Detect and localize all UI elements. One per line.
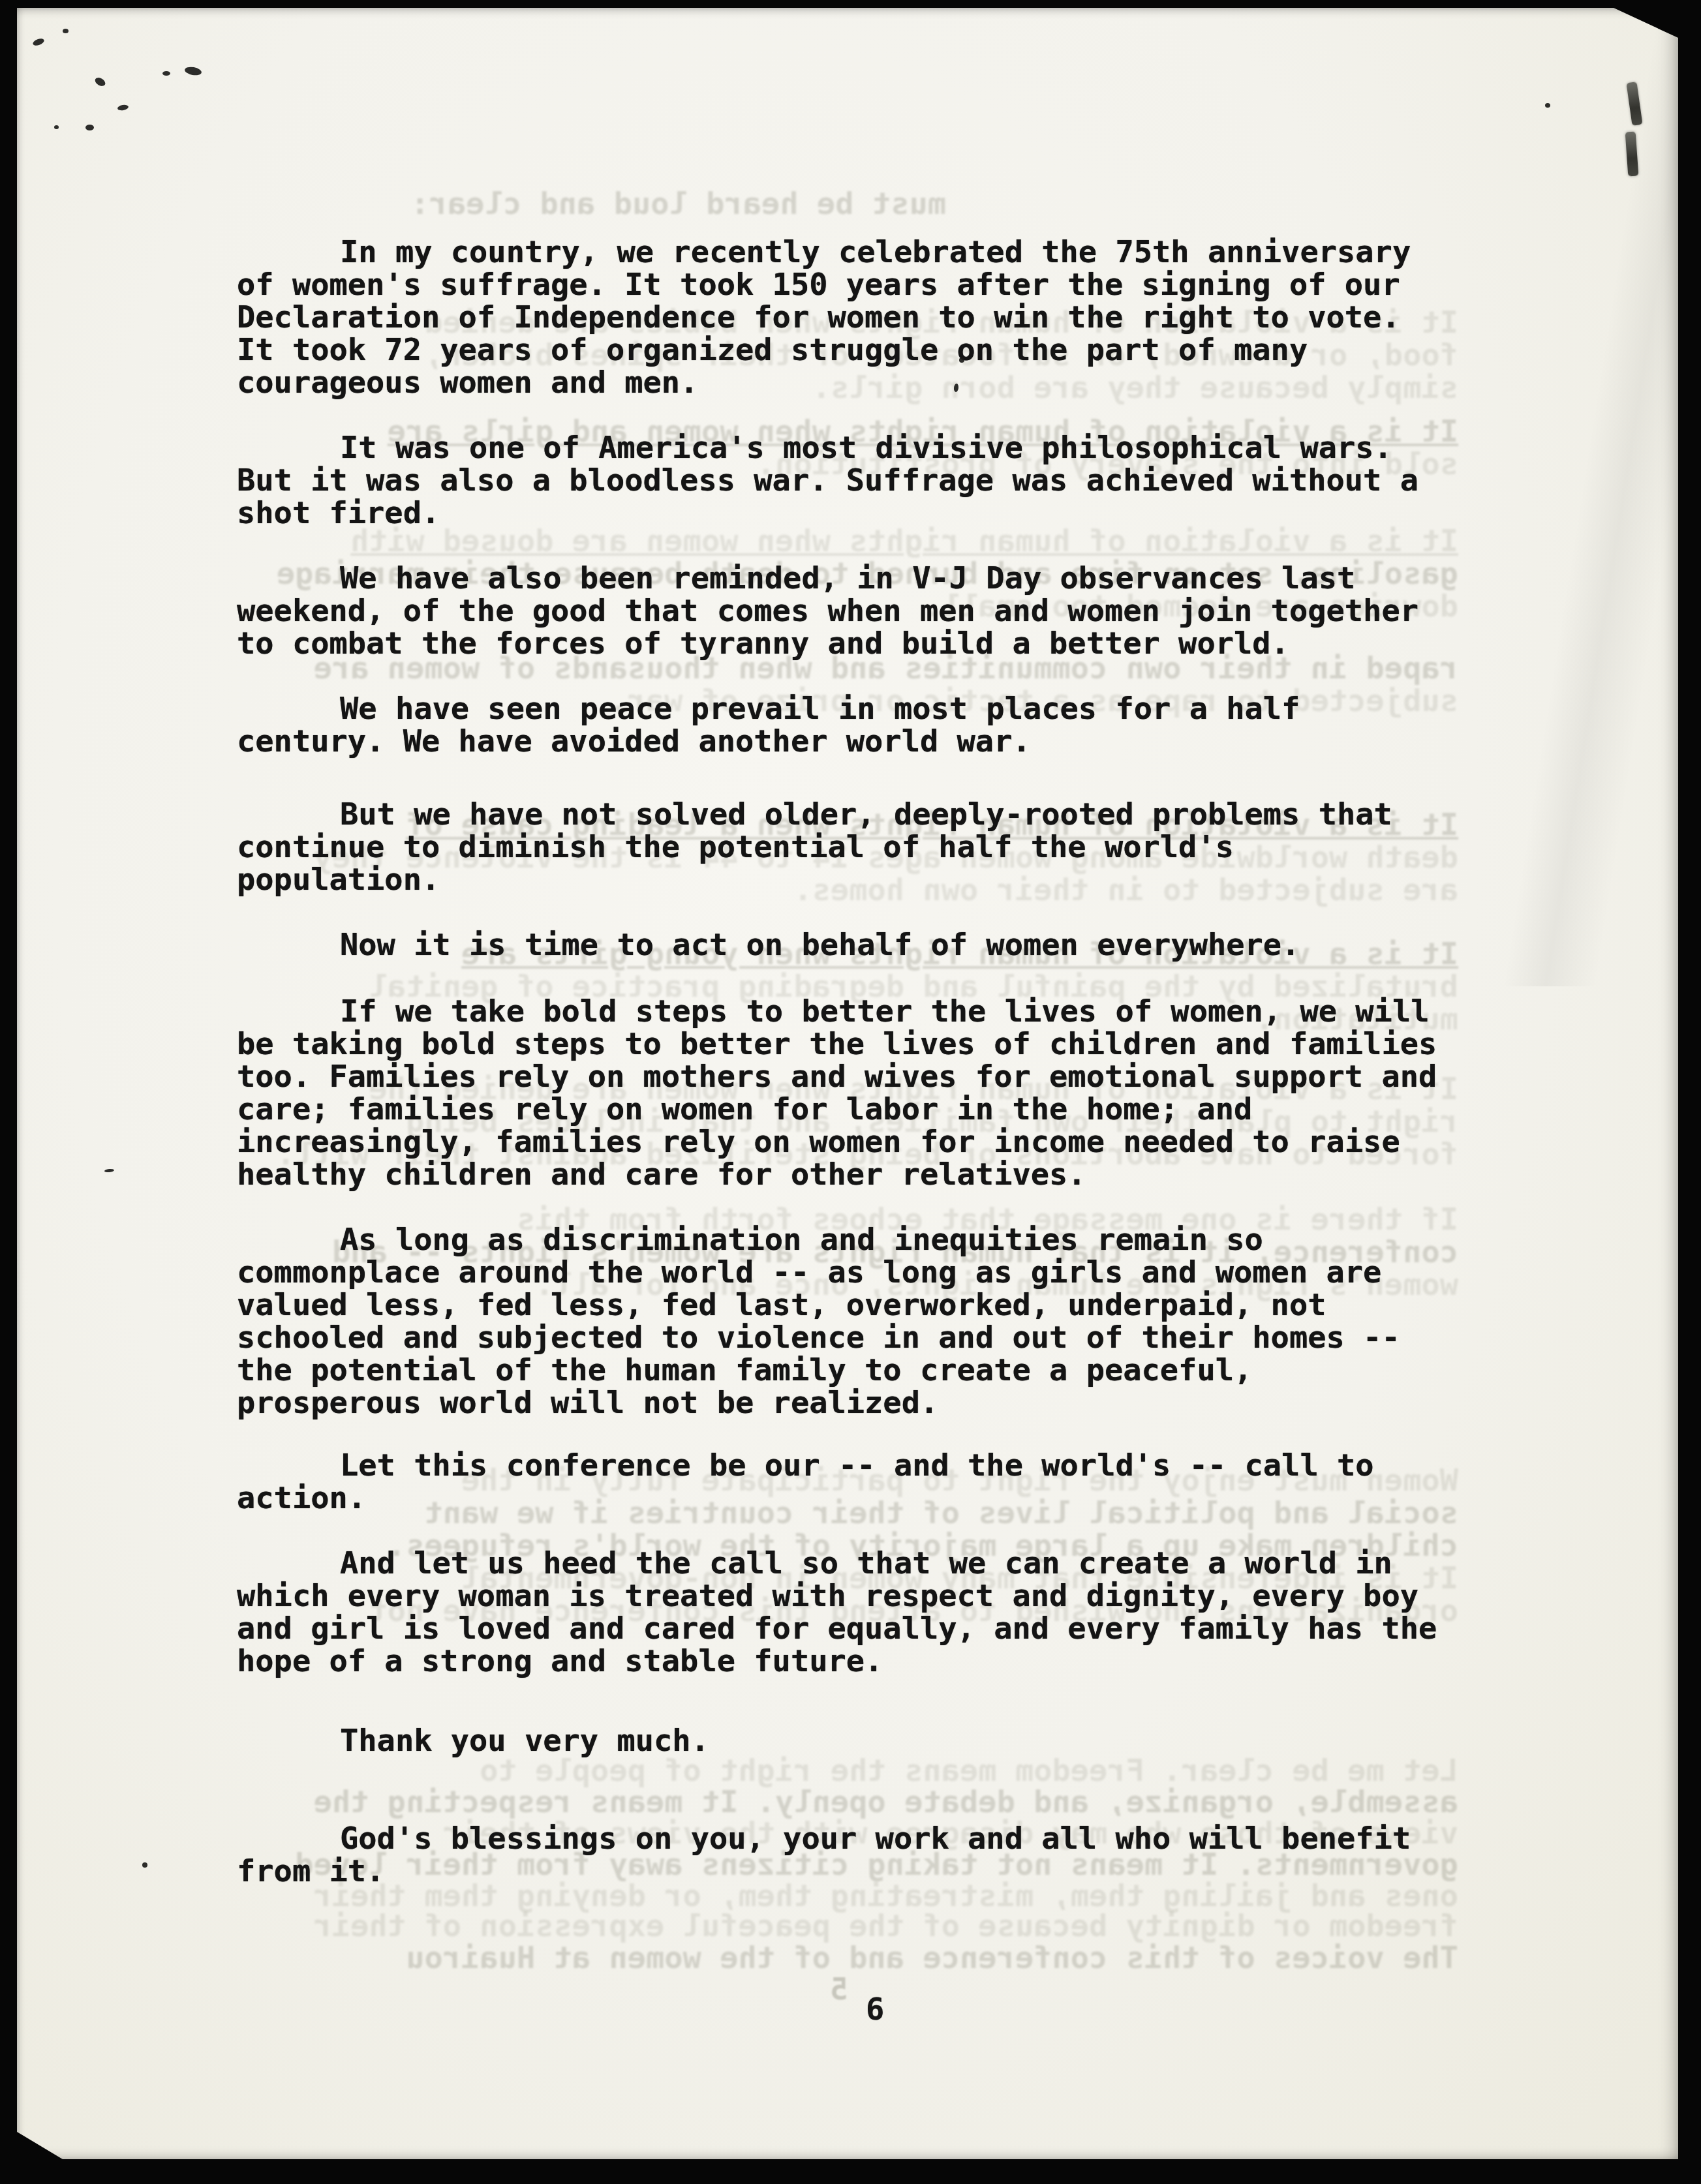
text-line: prosperous world will not be realized. [237, 1387, 1509, 1419]
paragraph: We have also been reminded, in V-J Day o… [237, 562, 1509, 660]
text-line: century. We have avoided another world w… [237, 725, 1509, 758]
text-line: of women's suffrage. It took 150 years a… [237, 269, 1509, 301]
paragraph: But we have not solved older, deeply-roo… [237, 798, 1509, 896]
text-line: weekend, of the good that comes when men… [237, 595, 1509, 628]
paragraph: And let us heed the call so that we can … [237, 1547, 1509, 1678]
paragraph: God's blessings on you, your work and al… [237, 1823, 1509, 1888]
ink-speck [162, 71, 170, 76]
text-line: which every woman is treated with respec… [237, 1580, 1509, 1613]
text-line: If we take bold steps to better the live… [237, 995, 1509, 1028]
text-line: the potential of the human family to cre… [237, 1354, 1509, 1387]
paragraph: In my country, we recently celebrated th… [237, 236, 1509, 399]
text-line: It took 72 years of organized struggle o… [237, 334, 1509, 367]
text-line: But we have not solved older, deeply-roo… [237, 798, 1509, 831]
paragraph: Now it is time to act on behalf of women… [237, 929, 1509, 962]
text-line: Now it is time to act on behalf of women… [237, 929, 1509, 962]
text-line: from it. [237, 1855, 1509, 1888]
text-line: shot fired. [237, 497, 1509, 530]
text-line: As long as discrimination and inequities… [237, 1224, 1509, 1256]
text-line: In my country, we recently celebrated th… [237, 236, 1509, 269]
text-line: schooled and subjected to violence in an… [237, 1322, 1509, 1354]
page-number: 6 [866, 1994, 884, 2026]
text-line: continue to diminish the potential of ha… [237, 831, 1509, 864]
text-line: God's blessings on you, your work and al… [237, 1823, 1509, 1855]
text-line: hope of a strong and stable future. [237, 1645, 1509, 1678]
ink-speck [54, 125, 59, 129]
ink-speck [63, 29, 69, 33]
text-line: Let this conference be our -- and the wo… [237, 1449, 1509, 1482]
text-line: increasingly, families rely on women for… [237, 1126, 1509, 1159]
ink-speck [1545, 103, 1550, 108]
text-line: healthy children and care for other rela… [237, 1159, 1509, 1191]
ink-speck [85, 125, 94, 130]
paragraph: As long as discrimination and inequities… [237, 1224, 1509, 1419]
text-line: action. [237, 1482, 1509, 1515]
text-line: valued less, fed less, fed last, overwor… [237, 1289, 1509, 1322]
speech-body: In my country, we recently celebrated th… [237, 236, 1509, 1920]
ink-speck [959, 357, 964, 363]
text-line: It was one of America's most divisive ph… [237, 432, 1509, 464]
text-line: to combat the forces of tyranny and buil… [237, 628, 1509, 660]
paragraph: We have seen peace prevail in most place… [237, 693, 1509, 758]
text-line: population. [237, 864, 1509, 896]
paragraph: If we take bold steps to better the live… [237, 995, 1509, 1191]
text-line: And let us heed the call so that we can … [237, 1547, 1509, 1580]
ink-speck [142, 1862, 147, 1868]
paragraph: Thank you very much. [237, 1725, 1509, 1757]
text-line: courageous women and men. [237, 367, 1509, 399]
text-line: We have also been reminded, in V-J Day o… [237, 562, 1509, 595]
text-line: We have seen peace prevail in most place… [237, 693, 1509, 725]
text-line: be taking bold steps to better the lives… [237, 1028, 1509, 1061]
paragraph: It was one of America's most divisive ph… [237, 432, 1509, 530]
text-line: and girl is loved and cared for equally,… [237, 1613, 1509, 1645]
text-line: too. Families rely on mothers and wives … [237, 1061, 1509, 1093]
text-line: Declaration of Independence for women to… [237, 301, 1509, 334]
scanner-background: 5 must be heard loud and clear:It is a v… [0, 0, 1701, 2184]
text-line: Thank you very much. [237, 1725, 1509, 1757]
paragraph: Let this conference be our -- and the wo… [237, 1449, 1509, 1515]
text-line: care; families rely on women for labor i… [237, 1093, 1509, 1126]
text-line: commonplace around the world -- as long … [237, 1256, 1509, 1289]
text-line: But it was also a bloodless war. Suffrag… [237, 464, 1509, 497]
